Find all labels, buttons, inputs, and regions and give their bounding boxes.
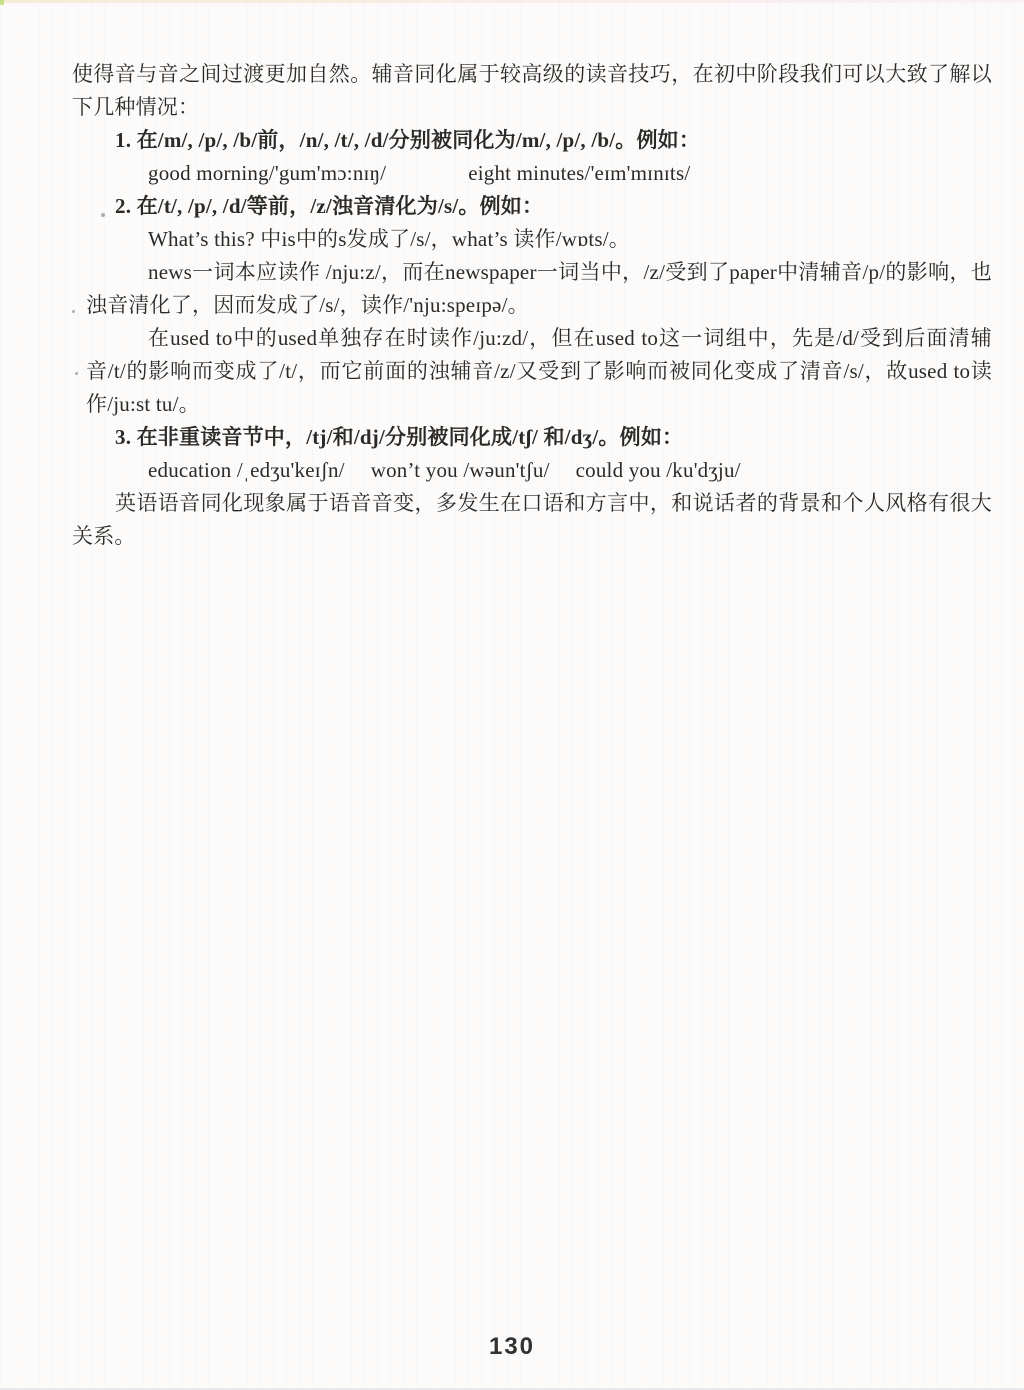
rule-2-paragraph-news: news一词本应读作 /nju:z/，而在newspaper一词当中，/z/受到… [86, 256, 992, 322]
rule-2-paragraph-used-to: 在used to中的used单独存在时读作/ju:zd/，但在used to这一… [86, 322, 992, 421]
rule-1-heading: 1. 在/m/, /p/, /b/前，/n/, /t/, /d/分别被同化为/m… [72, 124, 992, 157]
scan-speck [101, 213, 105, 217]
scanned-textbook-page: 使得音与音之间过渡更加自然。辅音同化属于较高级的读音技巧，在初中阶段我们可以大致… [0, 0, 1024, 1390]
scan-speck [75, 372, 78, 375]
scan-edge-top [0, 0, 1024, 3]
rule-1-example-row: good morning/'gum'mɔ:nɪŋ/eight minutes/'… [148, 157, 992, 190]
example-could-you: could you /ku'dʒju/ [576, 454, 741, 487]
example-wont-you: won’t you /wəun'tʃu/ [371, 454, 550, 487]
rule-2-heading: 2. 在/t/, /p/, /d/等前，/z/浊音清化为/s/。例如： [72, 190, 992, 223]
rule-2-paragraph-whats: What’s this? 中is中的s发成了/s/，what’s 读作/wɒts… [86, 223, 992, 256]
page-number: 130 [0, 1333, 1024, 1361]
rule-3-heading: 3. 在非重读音节中，/tj/和/dj/分别被同化成/tʃ/ 和/dʒ/。例如： [72, 421, 992, 454]
closing-paragraph: 英语语音同化现象属于语音音变，多发生在口语和方言中，和说话者的背景和个人风格有很… [72, 487, 992, 553]
example-eight-minutes: eight minutes/'eɪm'mɪnɪts/ [468, 157, 690, 190]
rule-3-example-row: education /ˌedʒu'keɪʃn/won’t you /wəun't… [148, 454, 992, 487]
example-education: education /ˌedʒu'keɪʃn/ [148, 454, 345, 487]
intro-paragraph: 使得音与音之间过渡更加自然。辅音同化属于较高级的读音技巧，在初中阶段我们可以大致… [72, 58, 992, 124]
page-body-text: 使得音与音之间过渡更加自然。辅音同化属于较高级的读音技巧，在初中阶段我们可以大致… [72, 58, 992, 553]
example-good-morning: good morning/'gum'mɔ:nɪŋ/ [148, 157, 386, 190]
scan-speck [72, 310, 75, 313]
scan-corner-artifact [0, 0, 4, 5]
